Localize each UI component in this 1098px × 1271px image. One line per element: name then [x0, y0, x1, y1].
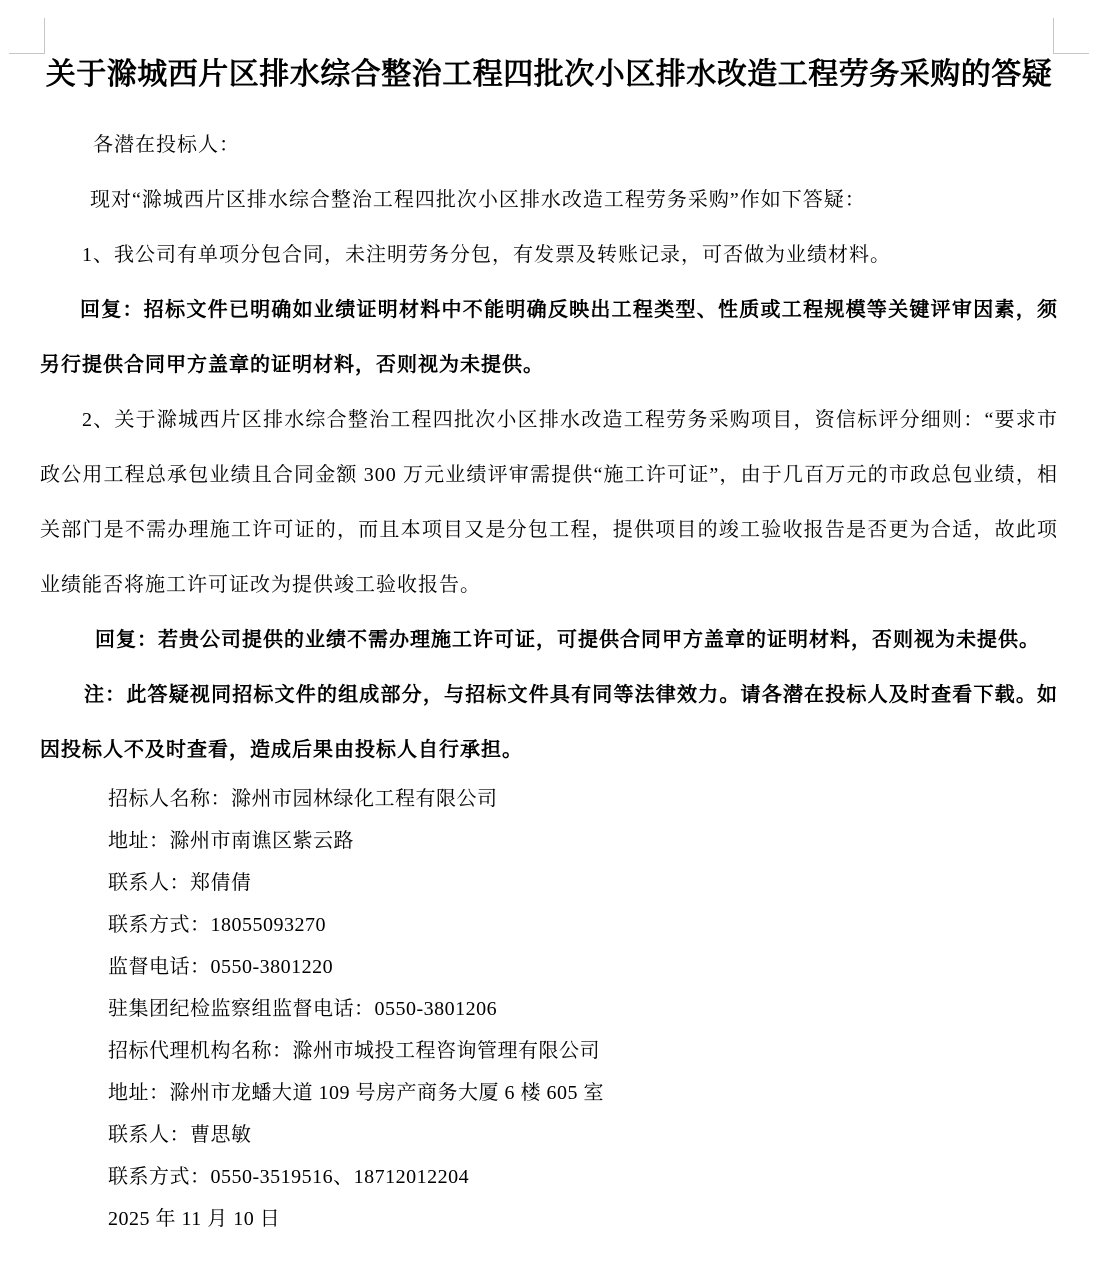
- supervision-phone-line: 监督电话：0550-3801220: [108, 946, 1058, 988]
- document-page: 关于滁城西片区排水综合整治工程四批次小区排水改造工程劳务采购的答疑 各潜在投标人…: [0, 0, 1098, 1271]
- answer-2-paragraph: 回复：若贵公司提供的业绩不需办理施工许可证，可提供合同甲方盖章的证明材料，否则视…: [40, 613, 1058, 668]
- agency-contact-person-line: 联系人：曹思敏: [108, 1114, 1058, 1156]
- salutation-line: 各潜在投标人：: [40, 118, 1058, 173]
- document-title: 关于滁城西片区排水综合整治工程四批次小区排水改造工程劳务采购的答疑: [40, 52, 1058, 98]
- question-2-paragraph: 2、关于滁城西片区排水综合整治工程四批次小区排水改造工程劳务采购项目，资信标评分…: [40, 393, 1058, 613]
- agency-address-line: 地址：滁州市龙蟠大道 109 号房产商务大厦 6 楼 605 室: [108, 1072, 1058, 1114]
- contact-info-block: 招标人名称：滁州市园林绿化工程有限公司 地址：滁州市南谯区紫云路 联系人：郑倩倩…: [40, 778, 1058, 1240]
- discipline-inspection-phone-line: 驻集团纪检监察组监督电话：0550-3801206: [108, 988, 1058, 1030]
- bidder-contact-person-line: 联系人：郑倩倩: [108, 862, 1058, 904]
- answer-1-paragraph: 回复：招标文件已明确如业绩证明材料中不能明确反映出工程类型、性质或工程规模等关键…: [40, 283, 1058, 393]
- note-paragraph: 注：此答疑视同招标文件的组成部分，与招标文件具有同等法律效力。请各潜在投标人及时…: [40, 668, 1058, 778]
- bidder-phone-line: 联系方式：18055093270: [108, 904, 1058, 946]
- margin-crop-mark-right: [1053, 18, 1089, 54]
- bidder-address-line: 地址：滁州市南谯区紫云路: [108, 820, 1058, 862]
- bidder-name-line: 招标人名称：滁州市园林绿化工程有限公司: [108, 778, 1058, 820]
- question-1-paragraph: 1、我公司有单项分包合同，未注明劳务分包，有发票及转账记录，可否做为业绩材料。: [40, 228, 1058, 283]
- document-body: 关于滁城西片区排水综合整治工程四批次小区排水改造工程劳务采购的答疑 各潜在投标人…: [0, 0, 1098, 1240]
- margin-crop-mark-left: [9, 18, 45, 54]
- document-date: 2025 年 11 月 10 日: [108, 1198, 1058, 1240]
- agency-name-line: 招标代理机构名称：滁州市城投工程咨询管理有限公司: [108, 1030, 1058, 1072]
- intro-paragraph: 现对“滁城西片区排水综合整治工程四批次小区排水改造工程劳务采购”作如下答疑：: [40, 173, 1058, 228]
- agency-phone-line: 联系方式：0550-3519516、18712012204: [108, 1156, 1058, 1198]
